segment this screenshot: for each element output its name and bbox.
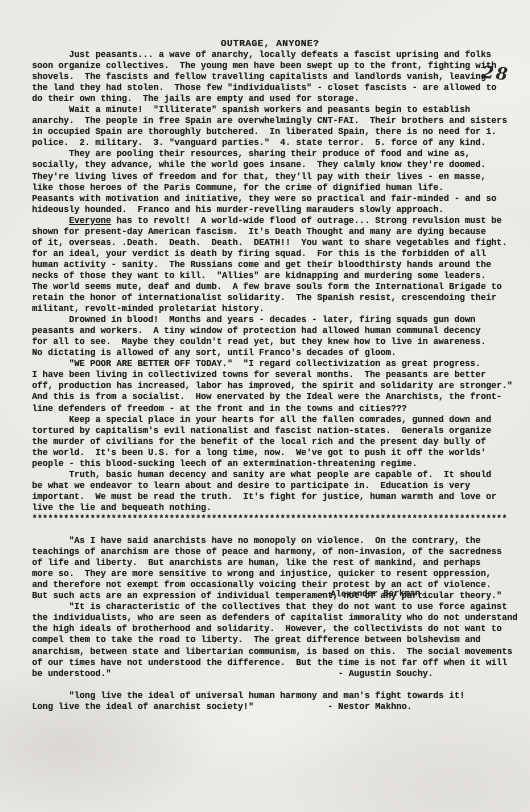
- text-line: the high ideals of brotherhood and solid…: [32, 624, 530, 635]
- text-line: the murder of civilians for the benefit …: [32, 437, 530, 448]
- text-line: Peasants with motivation and initiative,…: [32, 194, 530, 205]
- text-line: human activity - sanity. The Russians co…: [32, 260, 530, 271]
- text-line: more so. They are more sensitive to wron…: [32, 569, 530, 580]
- text-line: anarchism, between state and libertarian…: [32, 647, 530, 658]
- text-line: the land they had stolen. Those few "ind…: [32, 83, 530, 94]
- text-line: in occupied Spain are thoroughly butcher…: [32, 127, 530, 138]
- text-line: No dictating is allowed of any sort, unt…: [32, 348, 530, 359]
- text-line: do their own thing. The jails are empty …: [32, 94, 530, 105]
- text-line: of our times have not understood the dif…: [32, 658, 530, 669]
- text-line: like those heroes of the Paris Commune, …: [32, 183, 530, 194]
- text-line: peasants and workers. A tiny window of p…: [32, 326, 530, 337]
- text-line: And this is from a socialist. How enerva…: [32, 392, 530, 403]
- text-line: Just peasants... a wave of anarchy, loca…: [32, 50, 530, 61]
- text-line: [32, 680, 530, 691]
- text-line: shown for present-day American fascism. …: [32, 227, 530, 238]
- text-line: for all to see. Maybe they couldn't read…: [32, 337, 530, 348]
- text-line: "As I have said anarchists have no monop…: [32, 536, 530, 547]
- text-line: Drowned in blood! Months and years - dec…: [32, 315, 530, 326]
- text-line: shovels. The fascists and fellow travell…: [32, 72, 530, 83]
- text-line: "WE POOR ARE BETTER OFF TODAY." "I regar…: [32, 359, 530, 370]
- text-line: militant, revolt-minded proletariat hist…: [32, 304, 530, 315]
- text-line: of it, overseas. .Death. Death. Death. D…: [32, 238, 530, 249]
- text-line: "It is characteristic of the collectives…: [32, 602, 530, 613]
- text-line: Keep a special place in your hearts for …: [32, 415, 530, 426]
- text-line: [32, 525, 530, 536]
- text-line: important. We must be read the truth. It…: [32, 492, 530, 503]
- text-line: teachings of anarchism are those of peac…: [32, 547, 530, 558]
- text-line: "long live the ideal of universal human …: [32, 691, 530, 702]
- text-line: the world. It's been U.S. for a long tim…: [32, 448, 530, 459]
- text-line: Truth, basic human decency and sanity ar…: [32, 470, 530, 481]
- text-line: They're living lives of freedom and for …: [32, 172, 530, 183]
- text-line: be what we endeavor to learn about and d…: [32, 481, 530, 492]
- text-line: ****************************************…: [32, 514, 530, 525]
- text-line: hideously hounded. Franco and his murder…: [32, 205, 530, 216]
- text-line: soon organize collectives. The young men…: [32, 61, 530, 72]
- text-line: Long live the ideal of anarchist society…: [32, 702, 530, 713]
- text-line: retain the honor of internationalist sol…: [32, 293, 530, 304]
- text-line: anarchy. The people in free Spain are ov…: [32, 116, 530, 127]
- text-line: The world seems mute, deaf and dumb. A f…: [32, 282, 530, 293]
- text-line: off, production has increased, labor has…: [32, 381, 530, 392]
- text-line: necks of those they want to kill. "Allie…: [32, 271, 530, 282]
- document-title: OUTRAGE, ANYONE?: [32, 38, 508, 49]
- text-line: Wait a minute! "Illiterate" spanish work…: [32, 105, 530, 116]
- text-line: tortured by capitalism's evil nationalis…: [32, 426, 530, 437]
- text-line: I have been living in collectivized town…: [32, 370, 530, 381]
- text-line: They are pooling their resources, sharin…: [32, 149, 530, 160]
- text-line: and therefore not exempt from occasional…: [32, 580, 530, 591]
- berkman-attribution: - Alexander Berkman.: [320, 588, 426, 599]
- text-line: But such acts are an expression of indiv…: [32, 591, 530, 602]
- text-line-underlined: Everyone has to revolt! A world-wide flo…: [32, 216, 530, 227]
- text-line: live the lie and bequeath nothing.: [32, 503, 530, 514]
- text-line: for an ideal, your verdict is death by f…: [32, 249, 530, 260]
- text-line: police. 2. military. 3. "vanguard partie…: [32, 138, 530, 149]
- text-line: compel them to take the road to liberty.…: [32, 635, 530, 646]
- text-line: line defenders of freedom - at the front…: [32, 404, 530, 415]
- document-page: OUTRAGE, ANYONE? 28 Just peasants... a w…: [0, 0, 530, 812]
- text-line: the individualists, who are seen as defe…: [32, 613, 530, 624]
- text-line: socially, they advance, while the world …: [32, 160, 530, 171]
- text-line: people - this blood-sucking leech of an …: [32, 459, 530, 470]
- text-line: of life and liberty. But anarchists are …: [32, 558, 530, 569]
- text-lines: Just peasants... a wave of anarchy, loca…: [32, 50, 530, 713]
- text-line: be understood." - Augustin Souchy.: [32, 669, 530, 680]
